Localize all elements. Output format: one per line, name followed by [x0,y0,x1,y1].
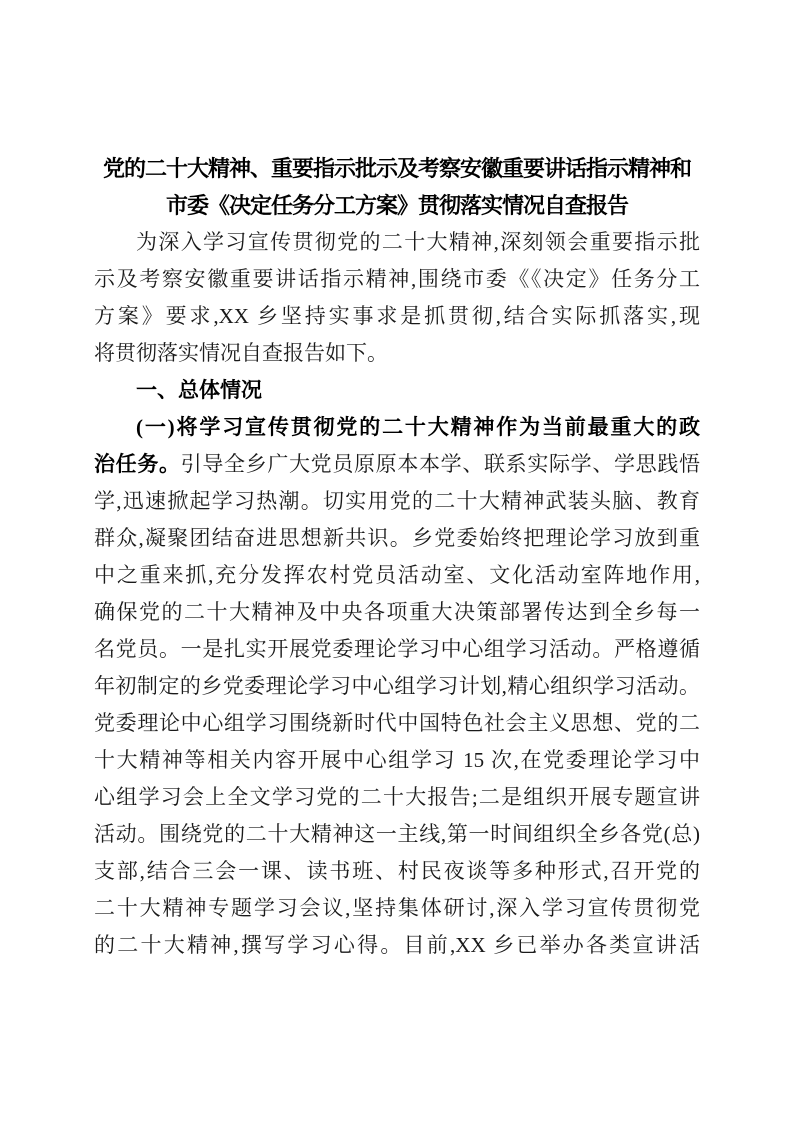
body-paragraph-line: (一)将学习宣传贯彻党的二十大精神作为当前最重大的政 [94,409,700,446]
text-segment: 心组学习会上全文学习党的二十大报告;二是组织开展专题宣讲 [94,785,700,809]
body-paragraph-line: 学,迅速掀起学习热潮。切实用党的二十大精神武装头脑、教育 [94,483,700,520]
document-title-line: 市委《决定任务分工方案》贯彻落实情况自查报告 [94,187,700,224]
text-segment: 为深入学习宣传贯彻党的二十大精神,深刻领会重要指示批 [136,230,700,254]
text-segment: 确保党的二十大精神及中央各项重大决策部署传达到全乡每一 [94,600,700,624]
text-segment: 十大精神等相关内容开展中心组学习 15 次,在党委理论学习中 [94,748,700,772]
body-paragraph-line: 确保党的二十大精神及中央各项重大决策部署传达到全乡每一 [94,594,700,631]
text-segment: 党委理论中心组学习围绕新时代中国特色社会主义思想、党的二 [94,711,700,735]
bold-text-segment: 党的二十大精神、重要指示批示及考察安徽重要讲话指示精神和 [103,156,691,181]
text-segment: 活动。围绕党的二十大精神这一主线,第一时间组织全乡各党(总) [94,822,700,846]
body-paragraph-line: 群众,凝聚团结奋进思想新共识。乡党委始终把理论学习放到重 [94,520,700,557]
bold-text-segment: 市委《决定任务分工方案》贯彻落实情况自查报告 [166,193,628,218]
text-segment: 学,迅速掀起学习热潮。切实用党的二十大精神武装头脑、教育 [94,489,700,513]
text-segment: 的二十大精神,撰写学习心得。目前,XX 乡已举办各类宣讲活 [94,933,700,957]
text-segment: 引导全乡广大党员原原本本学、联系实际学、学思践悟 [181,452,700,476]
body-paragraph-line: 年初制定的乡党委理论学习中心组学习计划,精心组织学习活动。 [94,668,700,705]
body-paragraph-line: 治任务。引导全乡广大党员原原本本学、联系实际学、学思践悟 [94,446,700,483]
intro-paragraph-line: 方案》要求,XX 乡坚持实事求是抓贯彻,结合实际抓落实,现 [94,298,700,335]
body-paragraph-line: 党委理论中心组学习围绕新时代中国特色社会主义思想、党的二 [94,705,700,742]
text-segment: 示及考察安徽重要讲话指示精神,围绕市委《《决定》任务分工 [94,267,700,291]
text-segment: 二十大精神专题学习会议,坚持集体研讨,深入学习宣传贯彻党 [94,896,700,920]
text-segment: 支部,结合三会一课、读书班、村民夜谈等多种形式,召开党的 [94,859,700,883]
text-segment: 中之重来抓,充分发挥农村党员活动室、文化活动室阵地作用, [94,563,700,587]
intro-paragraph: 为深入学习宣传贯彻党的二十大精神,深刻领会重要指示批示及考察安徽重要讲话指示精神… [94,224,700,372]
text-segment: 将贯彻落实情况自查报告如下。 [94,341,388,365]
text-segment: 群众,凝聚团结奋进思想新共识。乡党委始终把理论学习放到重 [94,526,700,550]
bold-text-segment: 治任务。 [94,452,181,476]
body-paragraph-line: 名党员。一是扎实开展党委理论学习中心组学习活动。严格遵循 [94,631,700,668]
bold-text-segment: (一)将学习宣传贯彻党的二十大精神作为当前最重大的政 [136,415,700,439]
body-paragraph-line: 二十大精神专题学习会议,坚持集体研讨,深入学习宣传贯彻党 [94,890,700,927]
intro-paragraph-line: 示及考察安徽重要讲话指示精神,围绕市委《《决定》任务分工 [94,261,700,298]
section-heading-line: 一、总体情况 [94,372,700,409]
body-paragraph-line: 心组学习会上全文学习党的二十大报告;二是组织开展专题宣讲 [94,779,700,816]
body-paragraph-line: 中之重来抓,充分发挥农村党员活动室、文化活动室阵地作用, [94,557,700,594]
document-title-line: 党的二十大精神、重要指示批示及考察安徽重要讲话指示精神和 [94,150,700,187]
intro-paragraph-line: 将贯彻落实情况自查报告如下。 [94,335,700,372]
body-paragraph-line: 支部,结合三会一课、读书班、村民夜谈等多种形式,召开党的 [94,853,700,890]
document-title: 党的二十大精神、重要指示批示及考察安徽重要讲话指示精神和市委《决定任务分工方案》… [94,150,700,224]
body-paragraph-line: 十大精神等相关内容开展中心组学习 15 次,在党委理论学习中 [94,742,700,779]
intro-paragraph-line: 为深入学习宣传贯彻党的二十大精神,深刻领会重要指示批 [94,224,700,261]
text-segment: 名党员。一是扎实开展党委理论学习中心组学习活动。严格遵循 [94,637,700,661]
body-paragraph-line: 活动。围绕党的二十大精神这一主线,第一时间组织全乡各党(总) [94,816,700,853]
document-content: 党的二十大精神、重要指示批示及考察安徽重要讲话指示精神和市委《决定任务分工方案》… [94,150,700,964]
text-segment: 年初制定的乡党委理论学习中心组学习计划,精心组织学习活动。 [94,674,700,698]
text-segment: 方案》要求,XX 乡坚持实事求是抓贯彻,结合实际抓落实,现 [94,304,700,328]
bold-text-segment: 一、总体情况 [136,378,262,402]
section-heading: 一、总体情况 [94,372,700,409]
body-paragraph-line: 的二十大精神,撰写学习心得。目前,XX 乡已举办各类宣讲活 [94,927,700,964]
document-page: 党的二十大精神、重要指示批示及考察安徽重要讲话指示精神和市委《决定任务分工方案》… [0,0,793,1122]
body-paragraph: (一)将学习宣传贯彻党的二十大精神作为当前最重大的政治任务。引导全乡广大党员原原… [94,409,700,964]
